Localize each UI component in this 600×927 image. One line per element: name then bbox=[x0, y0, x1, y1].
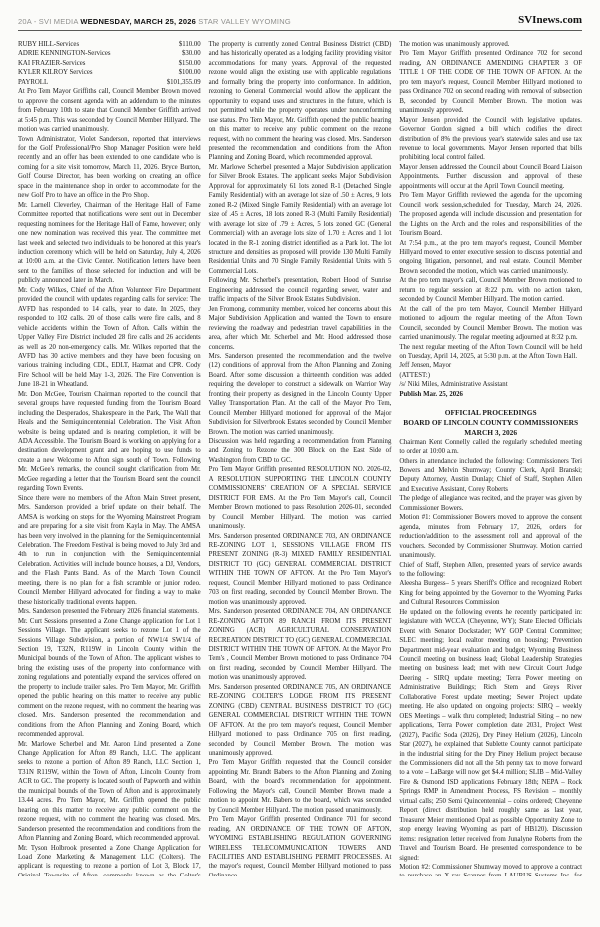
proceedings-paragraph: Mayor Jensen addressed the Council about… bbox=[399, 163, 582, 191]
proceedings-paragraph: Mr. Curt Sessions presented a Zone Chang… bbox=[18, 617, 201, 740]
proceedings-paragraph: Mr. Tyson Holbrook presented a Zone Chan… bbox=[18, 844, 201, 876]
column-2: The property is currently zoned Central … bbox=[209, 40, 392, 876]
proceedings-paragraph: Pro Tem Mayor Griffith presented RESOLUT… bbox=[209, 465, 392, 531]
proceedings-paragraph: Mrs. Sanderson presented ORDINANCE 704, … bbox=[209, 607, 392, 683]
site-url[interactable]: SVInews.com bbox=[518, 14, 582, 26]
proceedings-paragraph: Mr. Marlowe Scherbel and Mr. Aaron Lind … bbox=[18, 740, 201, 844]
clerk-signature-line: /s/ Niki Miles, Administrative Assistant bbox=[399, 380, 582, 389]
proceedings-paragraph: Since there were no members of the Afton… bbox=[18, 494, 201, 607]
proceedings-paragraph: Mrs. Sanderson presented the February 20… bbox=[18, 607, 201, 616]
proceedings-paragraph: Mayor Jensen provided the Council with l… bbox=[399, 116, 582, 163]
proceedings-paragraph: Mr. Larnell Cleverley, Chairman of the H… bbox=[18, 201, 201, 286]
proceedings-paragraph: Chief of Staff, Stephen Allen, presented… bbox=[399, 561, 582, 580]
column-1: RUBY HILL-Services $110.00 ADRIE KENNING… bbox=[18, 40, 201, 876]
proceedings-paragraph: Pro Tem Mayor Griffith reviewed the agen… bbox=[399, 191, 582, 238]
proceedings-paragraph: Motion #2: Commissioner Shumway moved to… bbox=[399, 863, 582, 876]
proceedings-paragraph: Mrs. Sanderson presented ORDINANCE 705, … bbox=[209, 683, 392, 759]
ledger-payee: RUBY HILL-Services bbox=[18, 40, 79, 49]
proceedings-paragraph: The motion was unanimously approved. bbox=[399, 40, 582, 49]
proceedings-paragraph: Mr. Don McGee, Tourism Chairman reported… bbox=[18, 390, 201, 494]
ledger-amount: $110.00 bbox=[179, 40, 201, 49]
proceedings-paragraph: Aleesha Burgess– 5 years Sheriff's Offic… bbox=[399, 579, 582, 607]
proceedings-paragraph: Following Mr. Scherbel's presentation, R… bbox=[209, 276, 392, 304]
proceedings-paragraph: Discussion was held regarding a recommen… bbox=[209, 437, 392, 465]
proceedings-paragraph: Others in attendance included the follow… bbox=[399, 457, 582, 495]
heading-line: MARCH 3, 2026 bbox=[399, 428, 582, 438]
page-label: 20A - SVI MEDIA bbox=[18, 17, 78, 26]
proceedings-paragraph: Mr. Marlowe Scherbel presented a Major S… bbox=[209, 163, 392, 276]
proceedings-paragraph: The next regular meeting of the Afton To… bbox=[399, 343, 582, 362]
newspaper-page: 20A - SVI MEDIA WEDNESDAY, MARCH 25, 202… bbox=[0, 0, 600, 927]
signature-line: Jeff Jensen, Mayor bbox=[399, 361, 582, 370]
proceedings-paragraph: At 7:54 p.m., at the pro tem mayor's req… bbox=[399, 239, 582, 277]
proceedings-paragraph: Town Administrator, Violet Sanderson, re… bbox=[18, 135, 201, 201]
proceedings-paragraph: At the pro tem mayor's call, Council Mem… bbox=[399, 276, 582, 304]
ledger-row: PAYROLL $101,355.09 bbox=[18, 78, 201, 87]
ledger-amount: $150.00 bbox=[179, 59, 201, 68]
ledger-payee: PAYROLL bbox=[18, 78, 48, 87]
proceedings-paragraph: Mrs. Sanderson presented ORDINANCE 703, … bbox=[209, 532, 392, 608]
publish-date-line: Publish Mar. 25, 2026 bbox=[399, 390, 582, 399]
heading-line: OFFICIAL PROCEEDINGS bbox=[399, 408, 582, 418]
proceedings-paragraph: Motion #1: Commissioner Bowers moved to … bbox=[399, 513, 582, 560]
ledger-amount: $100.00 bbox=[179, 68, 201, 77]
column-3: The motion was unanimously approved. Pro… bbox=[399, 40, 582, 876]
proceedings-paragraph: The property is currently zoned Central … bbox=[209, 40, 392, 163]
issue-date: WEDNESDAY, MARCH 25, 2026 bbox=[80, 17, 196, 26]
heading-line: BOARD OF LINCOLN COUNTY COMMISSIONERS bbox=[399, 418, 582, 428]
ledger-payee: KYLER KILROY Services bbox=[18, 68, 93, 77]
proceedings-paragraph: Pro Tem Mayor Griffith presented Ordinan… bbox=[209, 815, 392, 876]
proceedings-paragraph: Mrs. Sanderson presented the recommendat… bbox=[209, 352, 392, 437]
masthead-left: 20A - SVI MEDIA WEDNESDAY, MARCH 25, 202… bbox=[18, 17, 291, 26]
payments-ledger: RUBY HILL-Services $110.00 ADRIE KENNING… bbox=[18, 40, 201, 87]
proceedings-paragraph: Chairman Kent Connelly called the regula… bbox=[399, 438, 582, 457]
ledger-payee: ADRIE KENNINGTON-Services bbox=[18, 49, 111, 58]
proceedings-paragraph: He updated on the following events he re… bbox=[399, 608, 582, 863]
proceedings-paragraph: At the call of the pro tem Mayor, Counci… bbox=[399, 305, 582, 343]
attest-line: (ATTEST:) bbox=[399, 371, 582, 380]
ledger-amount: $101,355.09 bbox=[167, 78, 201, 87]
proceedings-paragraph: Mr. Cody Wilkes, Chief of the Afton Volu… bbox=[18, 286, 201, 390]
proceedings-paragraph: Pro Tem Mayor Griffith requested that th… bbox=[209, 758, 392, 815]
ledger-row: RUBY HILL-Services $110.00 bbox=[18, 40, 201, 49]
article-columns: RUBY HILL-Services $110.00 ADRIE KENNING… bbox=[18, 40, 582, 876]
proceedings-paragraph: Pro Tem Mayor Griffith presented Ordinan… bbox=[399, 49, 582, 115]
ledger-row: KAI FRAZIER-Services $150.00 bbox=[18, 59, 201, 68]
proceedings-paragraph: The pledge of allegiance was recited, an… bbox=[399, 494, 582, 513]
ledger-row: KYLER KILROY Services $100.00 bbox=[18, 68, 201, 77]
location-label: STAR VALLEY WYOMING bbox=[198, 17, 291, 26]
masthead: 20A - SVI MEDIA WEDNESDAY, MARCH 25, 202… bbox=[18, 14, 582, 31]
proceedings-paragraph: Jen Fromong, community member, voiced he… bbox=[209, 305, 392, 352]
proceedings-paragraph: At Pro Tem Mayor Griffiths call, Council… bbox=[18, 87, 201, 134]
ledger-row: ADRIE KENNINGTON-Services $30.00 bbox=[18, 49, 201, 58]
ledger-amount: $30.00 bbox=[182, 49, 201, 58]
signature-block: Jeff Jensen, Mayor (ATTEST:) /s/ Niki Mi… bbox=[399, 361, 582, 389]
ledger-payee: KAI FRAZIER-Services bbox=[18, 59, 85, 68]
section-heading: OFFICIAL PROCEEDINGS BOARD OF LINCOLN CO… bbox=[399, 408, 582, 437]
